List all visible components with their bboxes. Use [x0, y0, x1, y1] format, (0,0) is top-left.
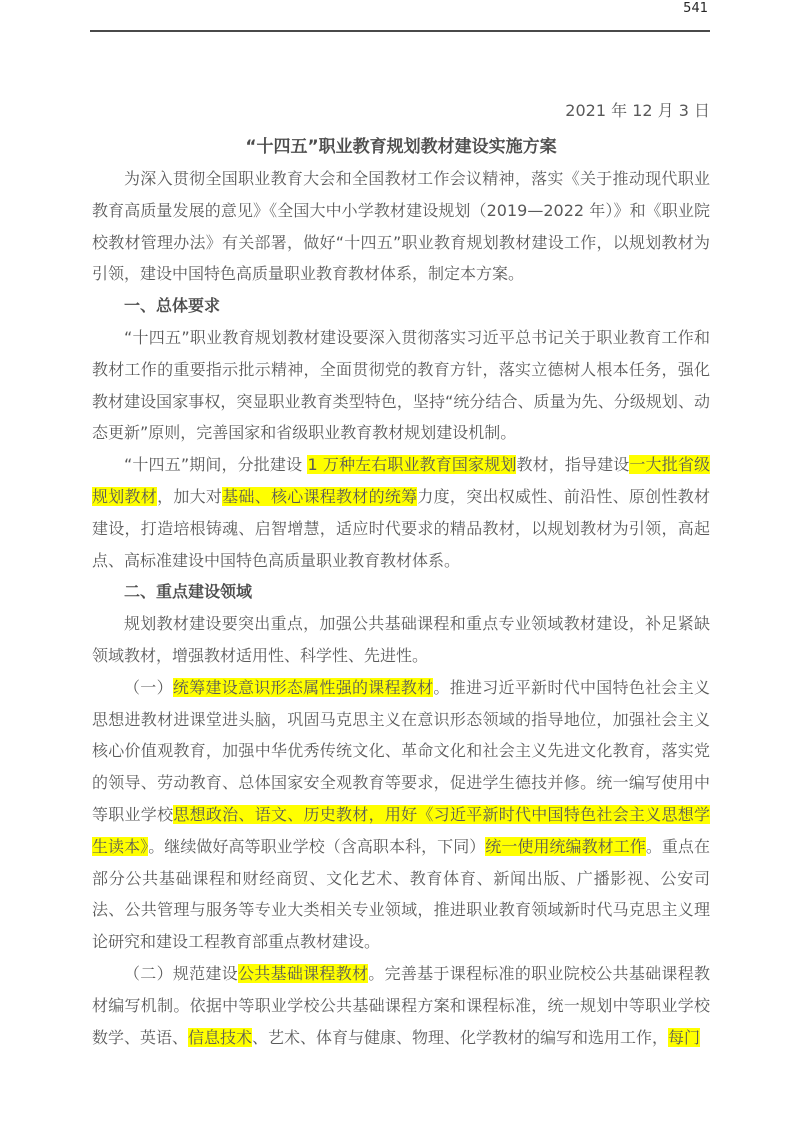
paragraph-item-1-ideology-textbooks: （一）统筹建设意识形态属性强的课程教材。推进习近平新时代中国特色社会主义思想进教… [92, 672, 710, 958]
text-run: 教材，指导建设 [516, 455, 629, 474]
highlighted-text: 公共基础课程教材 [238, 964, 368, 983]
paragraph-overall-requirements: “十四五”职业教育规划教材建设要深入贯彻落实习近平总书记关于职业教育工作和教材工… [92, 322, 710, 449]
text-run: ，加大对 [157, 487, 222, 506]
highlighted-text: 信息技术 [188, 1028, 252, 1047]
heading-section-1: 一、总体要求 [92, 290, 710, 322]
text-run: 、艺术、体育与健康、物理、化学教材的编写和选用工作， [252, 1028, 668, 1047]
text-run: 。继续做好高等职业学校（含高职本科，下同） [148, 837, 485, 856]
text-run: 二、重点建设领域 [124, 582, 252, 601]
text-run: 规划教材建设要突出重点，加强公共基础课程和重点专业领域教材建设，补足紧缺领域教材… [92, 614, 710, 665]
highlighted-text: 1 万种左右职业教育国家规划 [307, 455, 516, 474]
text-run: 一、总体要求 [124, 296, 220, 315]
text-run: （一） [124, 678, 173, 697]
document-title: “十四五”职业教育规划教材建设实施方案 [92, 134, 710, 160]
highlighted-text: 每门 [668, 1028, 700, 1047]
header-rule [90, 30, 710, 32]
date-line: 2021 年 12 月 3 日 [92, 98, 710, 124]
text-run: 。推进习近平新时代中国特色社会主义思想进教材进课堂进头脑，巩固马克思主义在意识形… [92, 678, 710, 824]
page-number: 541 [683, 1, 708, 17]
text-run: （二）规范建设 [124, 964, 238, 983]
paragraph-key-areas-intro: 规划教材建设要突出重点，加强公共基础课程和重点专业领域教材建设，补足紧缺领域教材… [92, 608, 710, 672]
paragraph-item-2-public-basic-courses: （二）规范建设公共基础课程教材。完善基于课程标准的职业院校公共基础课程教材编写机… [92, 958, 710, 1053]
text-run: 为深入贯彻全国职业教育大会和全国教材工作会议精神，落实《关于推动现代职业教育高质… [92, 169, 710, 283]
text-run: “十四五”职业教育规划教材建设要深入贯彻落实习近平总书记关于职业教育工作和教材工… [92, 328, 710, 442]
paragraph-14th-fiveyear-plan: “十四五”期间，分批建设 1 万种左右职业教育国家规划教材，指导建设一大批省级规… [92, 449, 710, 576]
paragraph-intro: 为深入贯彻全国职业教育大会和全国教材工作会议精神，落实《关于推动现代职业教育高质… [92, 163, 710, 290]
document-page: 541 2021 年 12 月 3 日 “十四五”职业教育规划教材建设实施方案 … [0, 0, 793, 1122]
highlighted-text: 基础、核心课程教材的统筹 [222, 487, 417, 506]
text-run: “十四五”期间，分批建设 [124, 455, 307, 474]
highlighted-text: 统筹建设意识形态属性强的课程教材 [173, 678, 434, 697]
heading-section-2: 二、重点建设领域 [92, 576, 710, 608]
highlighted-text: 统一使用统编教材工作 [485, 837, 646, 856]
document-body: 为深入贯彻全国职业教育大会和全国教材工作会议精神，落实《关于推动现代职业教育高质… [92, 163, 710, 1053]
